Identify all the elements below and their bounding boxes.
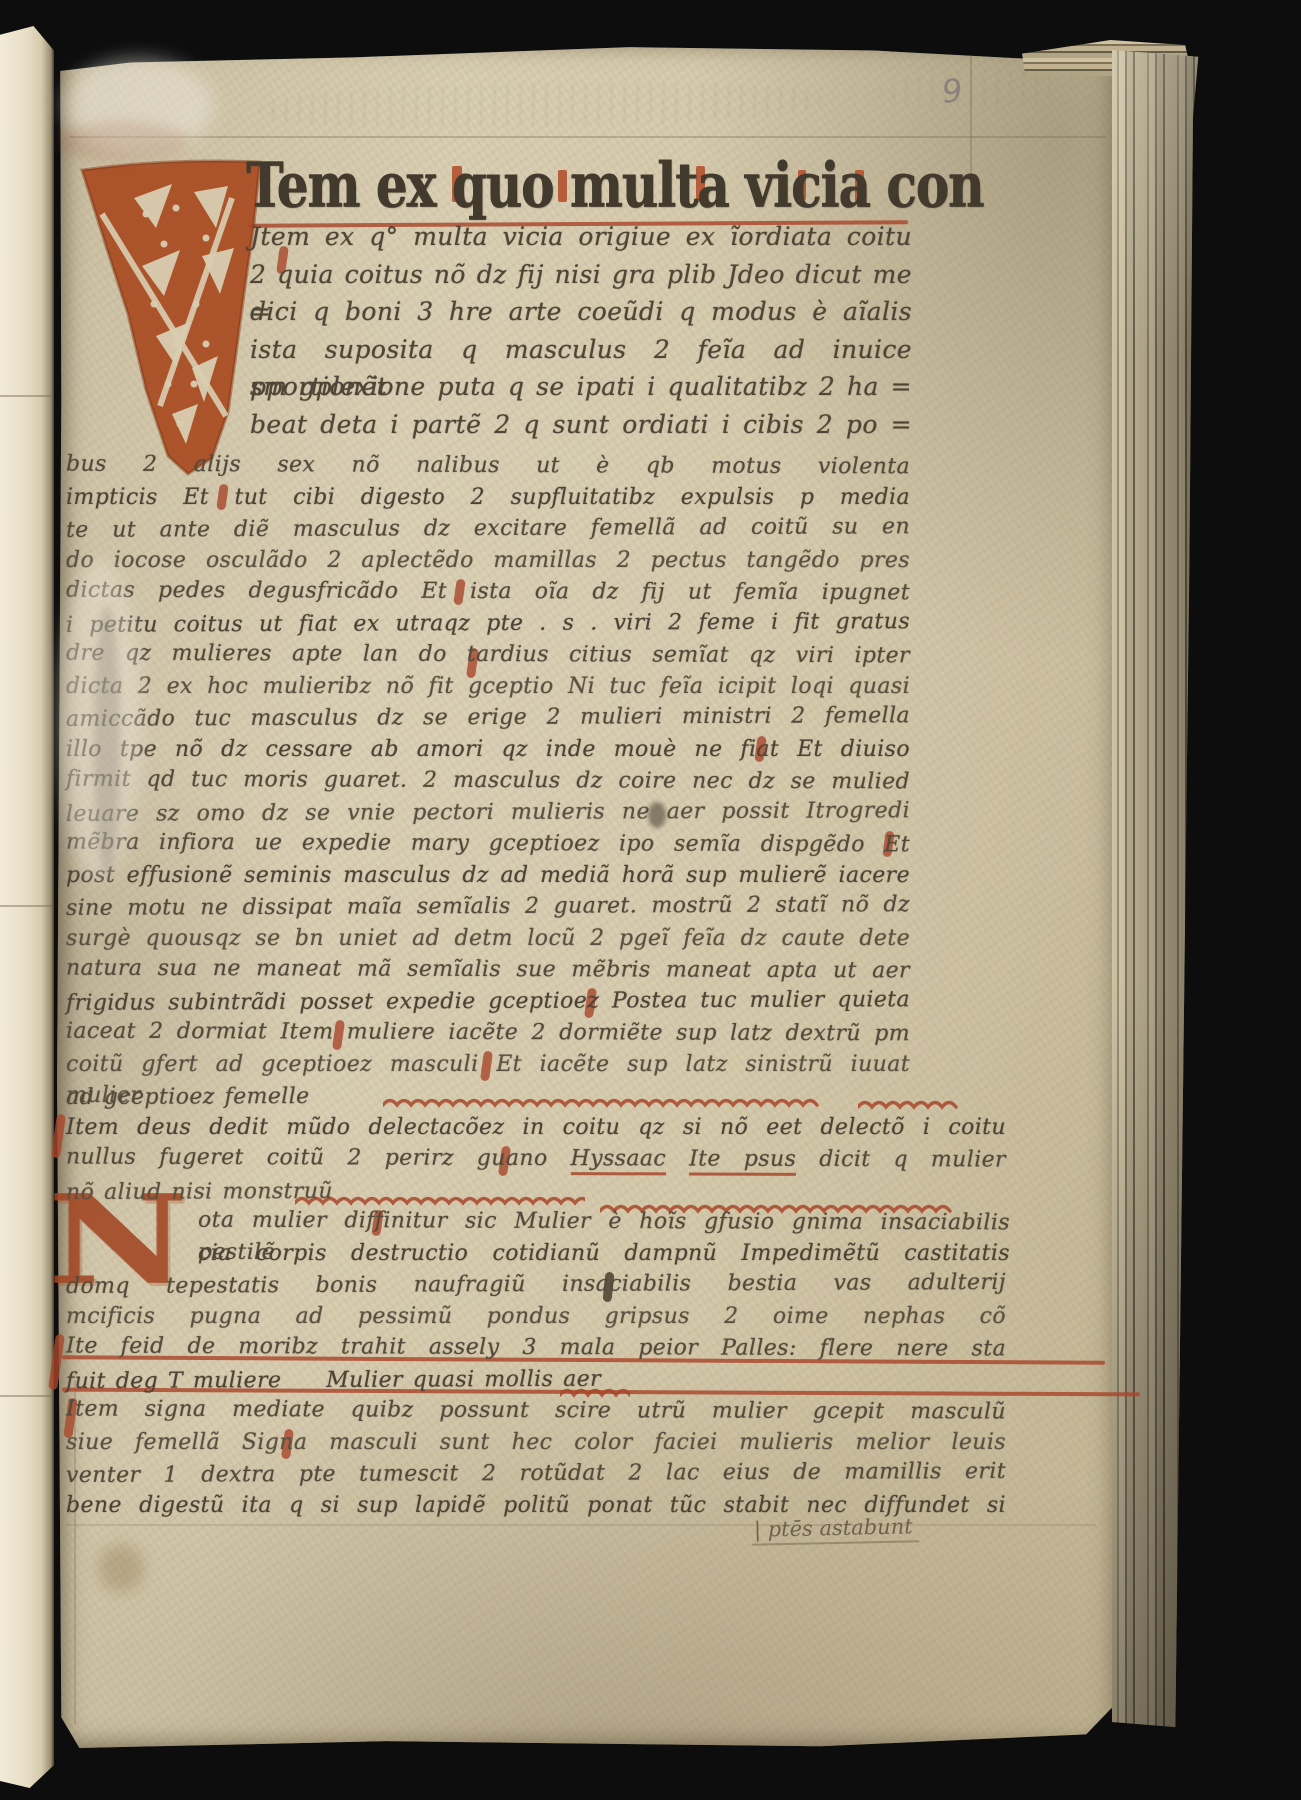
- manuscript-line: Item deus dedit mũdo delectacõez in coit…: [66, 1112, 1006, 1144]
- intro-line: ista suposita q masculus 2 feĩa ad inuic…: [250, 331, 912, 369]
- manuscript-line: do iocose osculãdo 2 aplectẽdo mamillas …: [66, 545, 910, 577]
- manuscript-line: illo tpe nõ dz cessare ab amori qz inde …: [66, 734, 910, 766]
- intro-line: beat deta i partẽ 2 q sunt ordiati i cib…: [250, 406, 912, 444]
- page-stack-edge: [1112, 50, 1200, 1744]
- manuscript-line: dicta 2 ex hoc mulieribz nõ fit gceptio …: [66, 671, 910, 703]
- manuscript-line: venter 1 dextra pte tumescit 2 rotũdat 2…: [66, 1456, 1006, 1492]
- heading-line: Tem ex quo multa vicia con: [246, 148, 983, 221]
- manuscript-photo: N 9 Tem ex quo multa vicia con Jtem ex q…: [0, 0, 1301, 1800]
- manuscript-line: post effusionẽ seminis masculus dz ad me…: [66, 860, 910, 892]
- manuscript-line: amiccãdo tuc masculus dz se erige 2 muli…: [66, 700, 910, 735]
- manuscript-line: cia corpis destructio cotidianũ dampnũ I…: [198, 1238, 1010, 1270]
- body-text-block: bus 2 alijs sex nõ nalibus ut è qb motus…: [66, 450, 1010, 1521]
- folio-number: 9: [940, 71, 964, 111]
- intro-line: dici q boni 3 hre arte coeũdi q modus è …: [250, 293, 912, 331]
- manuscript-line: Item signa mediate quibz possunt scire u…: [66, 1394, 1006, 1428]
- decorated-initial-I: [76, 154, 272, 484]
- manuscript-line: mẽbra infiora ue expedie mary gceptioez …: [66, 827, 910, 861]
- manuscript-line: ota mulier diffinitur sic Mulier è hoĩs …: [198, 1205, 1010, 1239]
- manuscript-line: domq tepestatis bonis naufragiũ insaciab…: [66, 1267, 1006, 1303]
- manuscript-line: impticis Et tut cibi digesto 2 supfluita…: [66, 482, 910, 514]
- manuscript-line: coitũ gfert ad gceptioez masculi Et iacẽ…: [66, 1049, 910, 1081]
- intro-line: Jtem ex q° multa vicia origiue ex ĩordia…: [250, 218, 912, 256]
- manuscript-line: mcificis pugna ad pessimũ pondus gripsus…: [66, 1301, 1006, 1333]
- manuscript-line: leuare sz omo dz se vnie pectori mulieri…: [66, 795, 910, 830]
- page-crease: [0, 905, 52, 907]
- intro-text-block: Jtem ex q° multa vicia origiue ex ĩordia…: [250, 218, 912, 444]
- manuscript-line: fuit deg T muliere Mulier quasi mollis a…: [66, 1361, 1010, 1397]
- manuscript-line: frigidus subintrãdi posset expedie gcept…: [66, 984, 910, 1019]
- manuscript-line: i petitu coitus ut fiat ex utraqz pte . …: [66, 606, 910, 641]
- manuscript-line: siue femellã Signa masculi sunt hec colo…: [66, 1427, 1006, 1459]
- manuscript-line: surgè quousqz se bn uniet ad detm locũ 2…: [66, 923, 910, 955]
- manuscript-line: firmit qd tuc moris guaret. 2 masculus d…: [66, 764, 910, 798]
- manuscript-line: dre qz mulieres apte lan do tardius citi…: [66, 638, 910, 672]
- manuscript-line: bus 2 alijs sex nõ nalibus ut è qb motus…: [66, 449, 910, 483]
- manuscript-line: iaceat 2 dormiat Item muliere iacẽte 2 d…: [66, 1016, 910, 1050]
- facing-page-edge: [0, 26, 54, 1788]
- page-crease: [0, 395, 52, 397]
- manuscript-line: sine motu ne dissipat maĩa semĩalis 2 gu…: [66, 889, 910, 924]
- manuscript-line: dictas pedes degusfricãdo Et ista oĩa dz…: [66, 575, 910, 609]
- manuscript-line: te ut ante diẽ masculus dz excitare feme…: [66, 511, 910, 546]
- manuscript-line: ad gceptioez femelle: [66, 1078, 1010, 1114]
- ruling-line: [66, 1524, 1096, 1526]
- manuscript-line: natura sua ne maneat mã semĩalis sue mẽb…: [66, 953, 910, 987]
- page-crease: [0, 1395, 52, 1397]
- manuscript-line: nõ aliud nisi monstruũ: [66, 1172, 1010, 1208]
- intro-line: 2 quia coitus nõ dz fij nisi gra plib Jd…: [250, 256, 912, 294]
- manuscript-line: Ite feid de moribz trahit assely 3 mala …: [66, 1331, 1006, 1365]
- ruling-line: [70, 136, 1106, 138]
- catchword: | ptēs astabunt: [752, 1514, 919, 1545]
- intro-line: sm gplexione puta q se ipati i qualitati…: [250, 368, 912, 406]
- manuscript-line: nullus fugeret coitũ 2 perirz guano Hyss…: [66, 1142, 1006, 1176]
